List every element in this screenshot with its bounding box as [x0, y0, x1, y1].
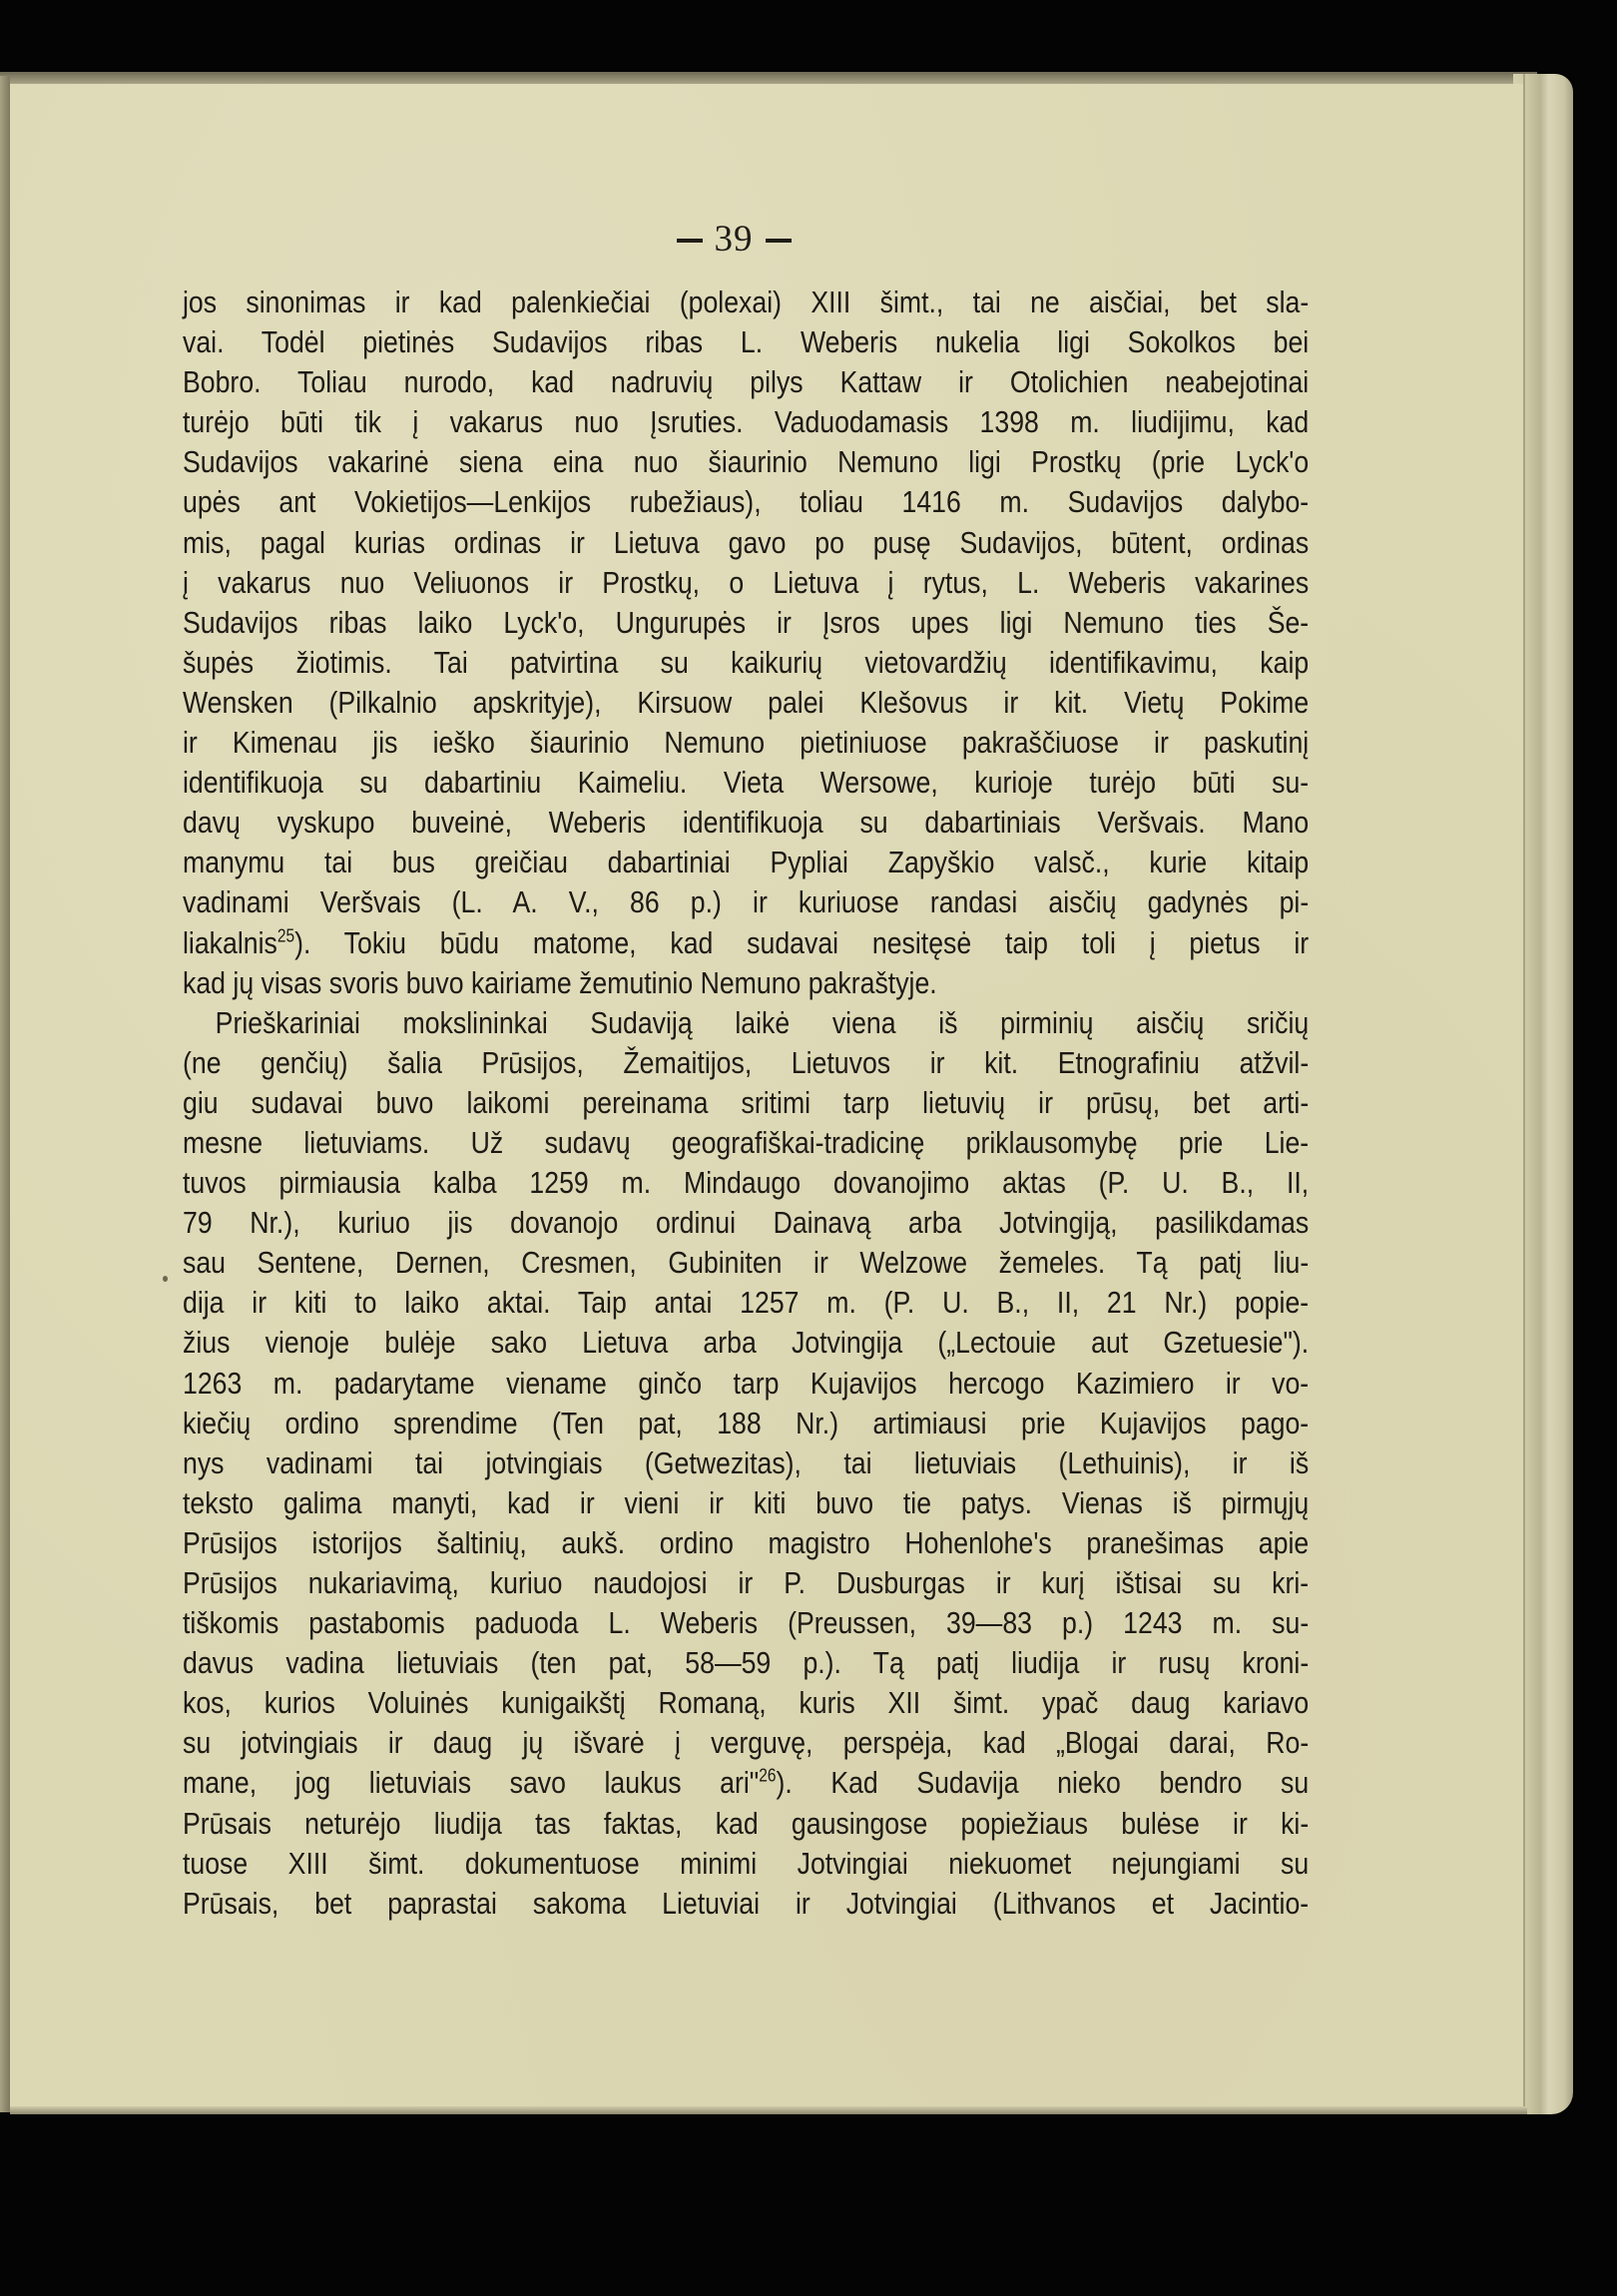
- text-line: davus vadina lietuviais (ten pat, 58—59 …: [183, 1643, 1309, 1683]
- text-fragment: mane, jog lietuviais savo laukus ari": [183, 1765, 759, 1800]
- body-text: jos sinonimas ir kad palenkiečiai (polex…: [183, 283, 1309, 1924]
- text-fragment: liakalnis: [183, 925, 277, 960]
- page-number-dash-left: [677, 239, 703, 243]
- text-line: teksto galima manyti, kad ir vieni ir ki…: [183, 1483, 1309, 1523]
- text-line: giu sudavai buvo laikomi pereinama sriti…: [183, 1083, 1309, 1123]
- text-line-with-footnote: liakalnis25). Tokiu būdu matome, kad sud…: [183, 923, 1309, 963]
- page-top-edge: [0, 72, 1537, 84]
- text-line: (ne genčių) šalia Prūsijos, Žemaitijos, …: [183, 1043, 1309, 1083]
- text-line: Sudavijos vakarinė siena eina nuo šiauri…: [183, 442, 1309, 482]
- text-fragment: ). Kad Sudavija nieko bendro su: [776, 1765, 1309, 1800]
- text-line: į vakarus nuo Veliuonos ir Prostkų, o Li…: [183, 563, 1309, 603]
- book-binding: [0, 76, 10, 2112]
- text-line: kos, kurios Voluinės kunigaikštį Romaną,…: [183, 1683, 1309, 1723]
- text-line: žius vienoje bulėje sako Lietuva arba Jo…: [183, 1323, 1309, 1363]
- text-line: vai. Todėl pietinės Sudavijos ribas L. W…: [183, 322, 1309, 362]
- paragraph-1: jos sinonimas ir kad palenkiečiai (polex…: [183, 283, 1309, 1003]
- paragraph-2: Prieškariniai mokslininkai Sudaviją laik…: [183, 1003, 1309, 1924]
- text-line: Bobro. Toliau nurodo, kad nadruvių pilys…: [183, 362, 1309, 402]
- text-line: Prieškariniai mokslininkai Sudaviją laik…: [183, 1003, 1309, 1043]
- text-line: su jotvingiais ir daug jų išvarė į vergu…: [183, 1723, 1309, 1763]
- text-line: ir Kimenau jis ieško šiaurinio Nemuno pi…: [183, 723, 1309, 763]
- text-line-with-footnote: mane, jog lietuviais savo laukus ari"26)…: [183, 1763, 1309, 1803]
- text-line: sau Sentene, Dernen, Cresmen, Gubiniten …: [183, 1243, 1309, 1283]
- text-line: kiečių ordino sprendime (Ten pat, 188 Nr…: [183, 1404, 1309, 1443]
- page-number: 39: [0, 218, 1467, 261]
- page-bottom-edge: [10, 2106, 1527, 2114]
- text-line: turėjo būti tik į vakarus nuo Įsruties. …: [183, 402, 1309, 442]
- text-line: Wensken (Pilkalnio apskrityje), Kirsuow …: [183, 683, 1309, 723]
- stray-ink-mark: [163, 1276, 168, 1282]
- text-line: davų vyskupo buveinė, Weberis identifiku…: [183, 803, 1309, 843]
- text-line: kad jų visas svoris buvo kairiame žemuti…: [183, 963, 1309, 1003]
- text-line: 79 Nr.), kuriuo jis dovanojo ordinui Dai…: [183, 1203, 1309, 1243]
- page-number-dash-right: [766, 239, 792, 243]
- text-line: Prūsais, bet paprastai sakoma Lietuviai …: [183, 1884, 1309, 1924]
- text-line: jos sinonimas ir kad palenkiečiai (polex…: [183, 283, 1309, 322]
- text-line: Prūsijos istorijos šaltinių, aukš. ordin…: [183, 1523, 1309, 1563]
- text-line: manymu tai bus greičiau dabartiniai Pypl…: [183, 843, 1309, 882]
- text-fragment: ). Tokiu būdu matome, kad sudavai nesitę…: [294, 925, 1309, 960]
- text-line: nys vadinami tai jotvingiais (Getwezitas…: [183, 1443, 1309, 1483]
- text-line: dija ir kiti to laiko aktai. Taip antai …: [183, 1283, 1309, 1323]
- footnote-ref-26[interactable]: 26: [759, 1766, 776, 1786]
- text-line: Sudavijos ribas laiko Lyck'o, Ungurupės …: [183, 603, 1309, 643]
- text-line: vadinami Veršvais (L. A. V., 86 p.) ir k…: [183, 882, 1309, 922]
- text-line: identifikuoja su dabartiniu Kaimeliu. Vi…: [183, 763, 1309, 803]
- text-line: tuose XIII šimt. dokumentuose minimi Jot…: [183, 1844, 1309, 1884]
- text-line: tiškomis pastabomis paduoda L. Weberis (…: [183, 1603, 1309, 1643]
- footnote-ref-25[interactable]: 25: [277, 925, 294, 945]
- text-line: upės ant Vokietijos—Lenkijos rubežiaus),…: [183, 482, 1309, 522]
- text-line: tuvos pirmiausia kalba 1259 m. Mindaugo …: [183, 1163, 1309, 1203]
- text-line: mesne lietuviams. Už sudavų geografiškai…: [183, 1123, 1309, 1163]
- text-line: 1263 m. padarytame viename ginčo tarp Ku…: [183, 1364, 1309, 1404]
- text-line: Prūsijos nukariavimą, kuriuo naudojosi i…: [183, 1563, 1309, 1603]
- text-line: šupės žiotimis. Tai patvirtina su kaikur…: [183, 643, 1309, 683]
- text-line: Prūsais neturėjo liudija tas faktas, kad…: [183, 1804, 1309, 1844]
- page-number-value: 39: [715, 219, 754, 260]
- text-line: mis, pagal kurias ordinas ir Lietuva gav…: [183, 523, 1309, 563]
